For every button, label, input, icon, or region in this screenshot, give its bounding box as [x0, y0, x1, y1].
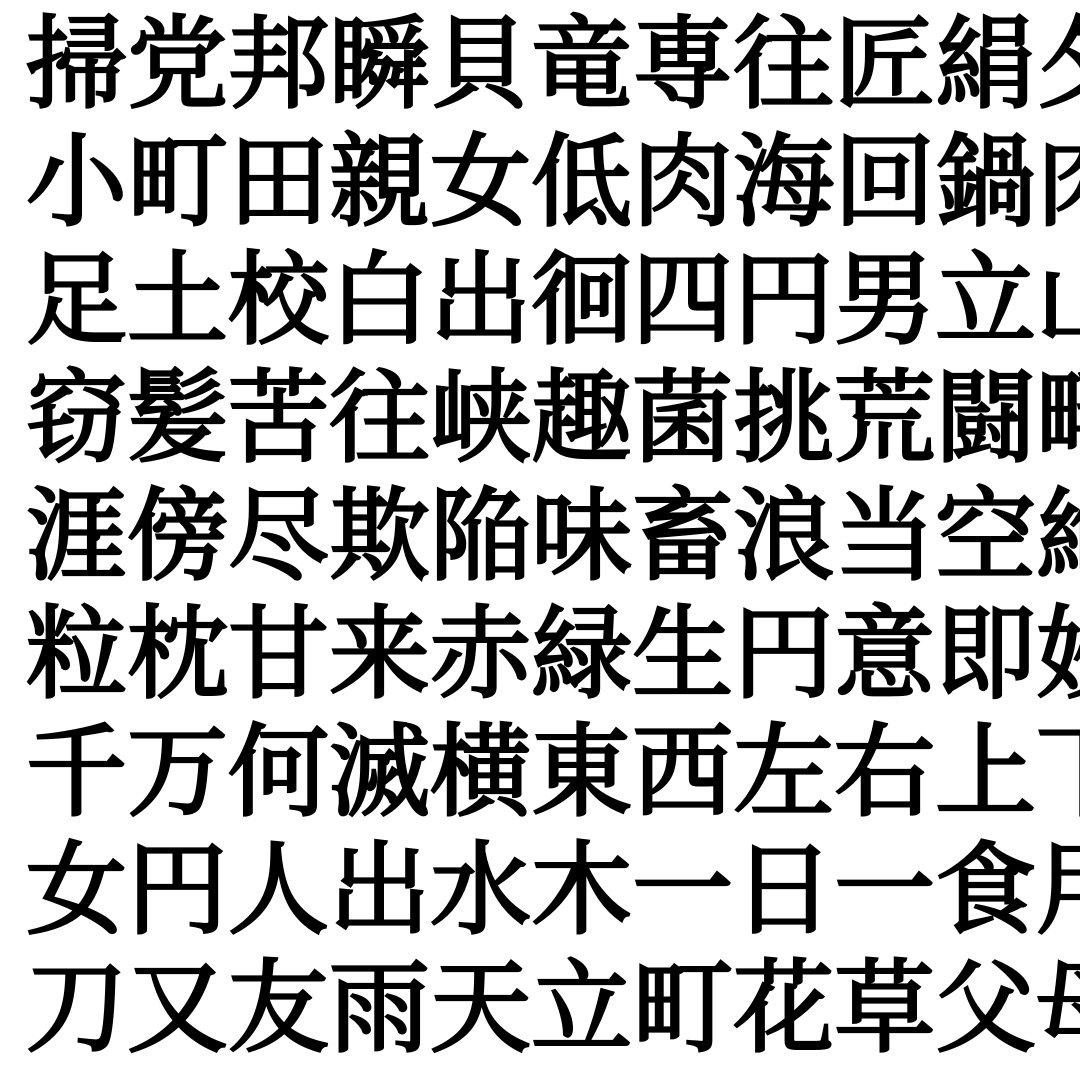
kanji-char: 女: [26, 841, 127, 942]
kanji-row: 涯傍尽欺陥味畜浪当空絶対: [26, 478, 1054, 596]
kanji-char: 万: [127, 723, 228, 824]
kanji-row: 掃党邦瞬貝竜専往匠絹夕乃: [26, 6, 1054, 124]
kanji-char: 立: [935, 251, 1036, 352]
kanji-char: 肉: [632, 133, 733, 234]
kanji-char: 党: [127, 15, 228, 116]
kanji-row: 千万何滅横東西左右上下大: [26, 714, 1054, 832]
kanji-char: 当: [834, 487, 935, 588]
kanji-char: 出: [329, 841, 430, 942]
kanji-char: 千: [26, 723, 127, 824]
kanji-char: 甘: [228, 605, 329, 706]
kanji-char: 人: [228, 841, 329, 942]
kanji-char: 一: [834, 841, 935, 942]
kanji-char: 挑: [733, 369, 834, 470]
kanji-row: 足土校白出徊四円男立山口: [26, 242, 1054, 360]
kanji-char: 苦: [228, 369, 329, 470]
kanji-char: 友: [228, 959, 329, 1060]
kanji-char: 妙: [1036, 605, 1080, 706]
kanji-grid: 掃党邦瞬貝竜専往匠絹夕乃小町田親女低肉海回鍋肉華足土校白出徊四円男立山口窃髪苦往…: [0, 0, 1080, 1080]
kanji-row: 刀又友雨天立町花草父母音: [26, 950, 1054, 1068]
kanji-row: 女円人出水木一日一食用書: [26, 832, 1054, 950]
kanji-char: 右: [834, 723, 935, 824]
kanji-char: 円: [733, 251, 834, 352]
kanji-char: 円: [127, 841, 228, 942]
kanji-char: 趣: [531, 369, 632, 470]
kanji-char: 掃: [26, 15, 127, 116]
kanji-char: 回: [834, 133, 935, 234]
kanji-char: 生: [632, 605, 733, 706]
kanji-char: 女: [430, 133, 531, 234]
kanji-char: 浪: [733, 487, 834, 588]
kanji-char: 出: [430, 251, 531, 352]
kanji-row: 小町田親女低肉海回鍋肉華: [26, 124, 1054, 242]
kanji-char: 低: [531, 133, 632, 234]
kanji-char: 一: [632, 841, 733, 942]
kanji-char: 横: [430, 723, 531, 824]
kanji-char: 左: [733, 723, 834, 824]
kanji-char: 空: [935, 487, 1036, 588]
kanji-char: 菌: [632, 369, 733, 470]
kanji-char: 傍: [127, 487, 228, 588]
kanji-char: 刀: [26, 959, 127, 1060]
kanji-char: 母: [1036, 959, 1080, 1060]
kanji-char: 山: [1036, 251, 1080, 352]
kanji-char: 木: [531, 841, 632, 942]
kanji-row: 粒枕甘来赤緑生円意即妙百: [26, 596, 1054, 714]
kanji-char: 絹: [935, 15, 1036, 116]
kanji-char: 花: [733, 959, 834, 1060]
kanji-char: 西: [632, 723, 733, 824]
kanji-char: 邦: [228, 15, 329, 116]
kanji-char: 食: [935, 841, 1036, 942]
kanji-char: 円: [733, 605, 834, 706]
kanji-char: 畔: [1036, 369, 1080, 470]
kanji-char: 貝: [430, 15, 531, 116]
kanji-char: 尽: [228, 487, 329, 588]
kanji-char: 鍋: [935, 133, 1036, 234]
kanji-char: 滅: [329, 723, 430, 824]
kanji-char: 粒: [26, 605, 127, 706]
kanji-char: 畜: [632, 487, 733, 588]
kanji-char: 小: [26, 133, 127, 234]
kanji-char: 夕: [1036, 15, 1080, 116]
kanji-char: 町: [632, 959, 733, 1060]
kanji-char: 往: [329, 369, 430, 470]
kanji-char: 上: [935, 723, 1036, 824]
kanji-char: 田: [228, 133, 329, 234]
kanji-char: 町: [127, 133, 228, 234]
kanji-char: 荒: [834, 369, 935, 470]
kanji-char: 土: [127, 251, 228, 352]
kanji-char: 雨: [329, 959, 430, 1060]
kanji-char: 絶: [1036, 487, 1080, 588]
kanji-char: 何: [228, 723, 329, 824]
kanji-char: 往: [733, 15, 834, 116]
kanji-char: 東: [531, 723, 632, 824]
kanji-char: 日: [733, 841, 834, 942]
kanji-char: 専: [632, 15, 733, 116]
kanji-char: 父: [935, 959, 1036, 1060]
kanji-char: 峡: [430, 369, 531, 470]
kanji-char: 闘: [935, 369, 1036, 470]
kanji-char: 来: [329, 605, 430, 706]
kanji-char: 肉: [1036, 133, 1080, 234]
kanji-row: 窃髪苦往峡趣菌挑荒闘畔臓: [26, 360, 1054, 478]
kanji-char: 竜: [531, 15, 632, 116]
kanji-char: 立: [531, 959, 632, 1060]
kanji-char: 天: [430, 959, 531, 1060]
kanji-char: 欺: [329, 487, 430, 588]
kanji-char: 四: [632, 251, 733, 352]
kanji-char: 涯: [26, 487, 127, 588]
kanji-char: 瞬: [329, 15, 430, 116]
kanji-char: 即: [935, 605, 1036, 706]
kanji-char: 用: [1036, 841, 1080, 942]
kanji-char: 海: [733, 133, 834, 234]
kanji-char: 意: [834, 605, 935, 706]
kanji-char: 髪: [127, 369, 228, 470]
kanji-char: 赤: [430, 605, 531, 706]
kanji-char: 校: [228, 251, 329, 352]
kanji-char: 下: [1036, 723, 1080, 824]
kanji-char: 匠: [834, 15, 935, 116]
kanji-char: 水: [430, 841, 531, 942]
kanji-char: 又: [127, 959, 228, 1060]
kanji-char: 陥: [430, 487, 531, 588]
kanji-char: 枕: [127, 605, 228, 706]
kanji-char: 窃: [26, 369, 127, 470]
kanji-char: 草: [834, 959, 935, 1060]
kanji-char: 男: [834, 251, 935, 352]
kanji-char: 親: [329, 133, 430, 234]
kanji-char: 足: [26, 251, 127, 352]
kanji-char: 白: [329, 251, 430, 352]
kanji-char: 味: [531, 487, 632, 588]
kanji-char: 緑: [531, 605, 632, 706]
kanji-char: 徊: [531, 251, 632, 352]
